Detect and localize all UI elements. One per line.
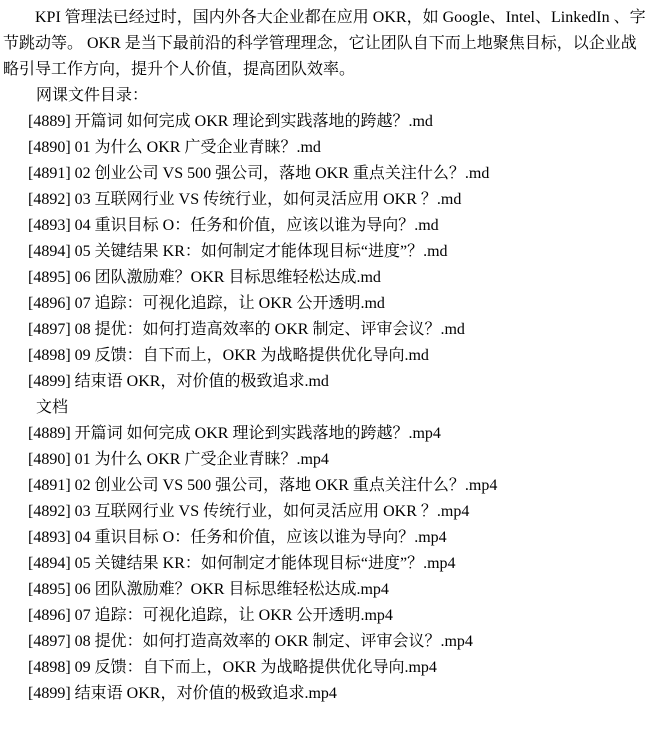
file-list-item: [4889] 开篇词 如何完成 OKR 理论到实践落地的跨越？.mp4 <box>3 421 646 447</box>
file-list-item: [4892] 03 互联网行业 VS 传统行业，如何灵活应用 OKR ？.md <box>3 187 646 213</box>
md-section-heading: 网课文件目录： <box>3 83 646 109</box>
file-list-item: [4899] 结束语 OKR，对价值的极致追求.md <box>3 369 646 395</box>
file-list-item: [4899] 结束语 OKR，对价值的极致追求.mp4 <box>3 681 646 707</box>
file-list-item: [4892] 03 互联网行业 VS 传统行业，如何灵活应用 OKR ？.mp4 <box>3 499 646 525</box>
file-list-item: [4896] 07 追踪：可视化追踪，让 OKR 公开透明.mp4 <box>3 603 646 629</box>
md-file-list: [4889] 开篇词 如何完成 OKR 理论到实践落地的跨越？.md [4890… <box>3 109 646 395</box>
file-list-item: [4898] 09 反馈：自下而上，OKR 为战略提供优化导向.mp4 <box>3 655 646 681</box>
file-list-item: [4895] 06 团队激励难？OKR 目标思维轻松达成.md <box>3 265 646 291</box>
intro-paragraph: KPI 管理法已经过时，国内外各大企业都在应用 OKR，如 Google、Int… <box>3 5 646 83</box>
file-list-item: [4891] 02 创业公司 VS 500 强公司，落地 OKR 重点关注什么？… <box>3 473 646 499</box>
file-list-item: [4891] 02 创业公司 VS 500 强公司，落地 OKR 重点关注什么？… <box>3 161 646 187</box>
file-list-item: [4897] 08 提优：如何打造高效率的 OKR 制定、评审会议？.mp4 <box>3 629 646 655</box>
mp4-file-list: [4889] 开篇词 如何完成 OKR 理论到实践落地的跨越？.mp4 [489… <box>3 421 646 707</box>
file-list-item: [4894] 05 关键结果 KR：如何制定才能体现目标“进度”？.mp4 <box>3 551 646 577</box>
file-list-item: [4893] 04 重识目标 O：任务和价值，应该以谁为导向？.mp4 <box>3 525 646 551</box>
file-list-item: [4890] 01 为什么 OKR 广受企业青睐？.md <box>3 135 646 161</box>
file-list-item: [4889] 开篇词 如何完成 OKR 理论到实践落地的跨越？.md <box>3 109 646 135</box>
file-list-item: [4896] 07 追踪：可视化追踪，让 OKR 公开透明.md <box>3 291 646 317</box>
file-list-item: [4890] 01 为什么 OKR 广受企业青睐？.mp4 <box>3 447 646 473</box>
file-list-item: [4895] 06 团队激励难？OKR 目标思维轻松达成.mp4 <box>3 577 646 603</box>
file-list-item: [4894] 05 关键结果 KR：如何制定才能体现目标“进度”？.md <box>3 239 646 265</box>
mp4-section-heading: 文档 <box>3 395 646 421</box>
file-list-item: [4898] 09 反馈：自下而上，OKR 为战略提供优化导向.md <box>3 343 646 369</box>
file-list-item: [4893] 04 重识目标 O：任务和价值，应该以谁为导向？.md <box>3 213 646 239</box>
document-page: KPI 管理法已经过时，国内外各大企业都在应用 OKR，如 Google、Int… <box>0 0 650 744</box>
file-list-item: [4897] 08 提优：如何打造高效率的 OKR 制定、评审会议？.md <box>3 317 646 343</box>
